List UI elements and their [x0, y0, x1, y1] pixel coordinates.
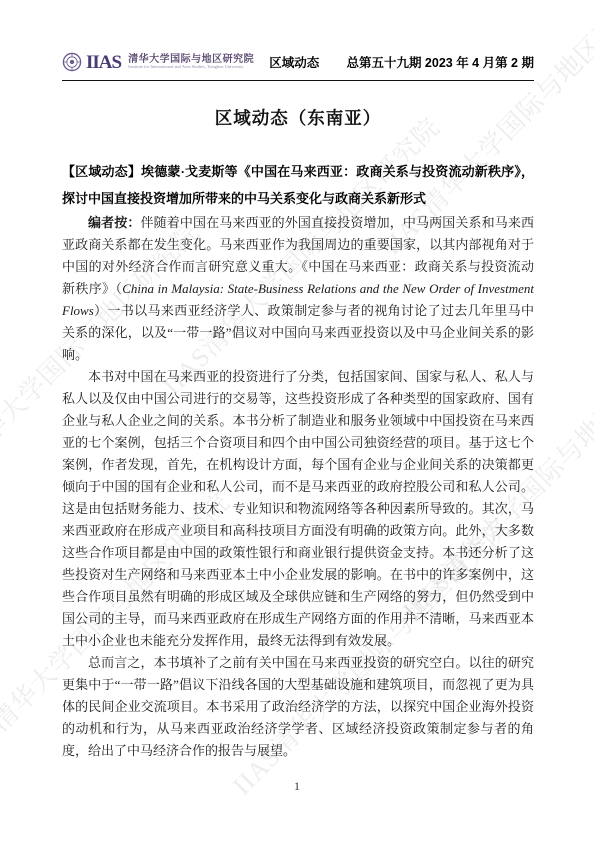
article-body: 【区域动态】埃德蒙·戈麦斯等《中国在马来西亚：政商关系与投资流动新秩序》，探讨中… [62, 158, 534, 762]
body-paragraph: 本书对中国在马来西亚的投资进行了分类，包括国家间、国家与私人、私人与私人以及仅由… [62, 366, 534, 652]
header-issue-info: 总第五十九期 2023 年 4 月第 2 期 [346, 53, 534, 71]
iias-logo: IIAS 清华大学国际与地区研究院 Institute for Internat… [62, 52, 242, 72]
header-rule [62, 80, 534, 81]
logo-en-name: Institute for International and Area Stu… [128, 65, 254, 70]
page-number: 1 [0, 779, 594, 794]
article-headline: 【区域动态】埃德蒙·戈麦斯等《中国在马来西亚：政商关系与投资流动新秩序》，探讨中… [62, 158, 534, 212]
body-paragraph: 总而言之，本书填补了之前有关中国在马来西亚投资的研究空白。以往的研究更集中于“一… [62, 652, 534, 762]
logo-names: 清华大学国际与地区研究院 Institute for International… [128, 54, 254, 70]
header-section-label: 区域动态 [242, 53, 346, 71]
page-title: 区域动态（东南亚） [62, 105, 534, 130]
document-page: IIAS清华大学国际与地区研究院IIAS清华大学国际与地区研究院IIAS清华大学… [0, 0, 594, 842]
page-header: IIAS 清华大学国际与地区研究院 Institute for Internat… [62, 46, 534, 78]
logo-acronym: IIAS [86, 53, 121, 72]
editor-note-text-after: ）一书以马来西亚经济学人、政策制定参与者的视角讨论了过去几年里马中关系的深化，以… [62, 303, 534, 362]
editor-note-label: 编者按： [88, 215, 140, 230]
editor-note-paragraph: 编者按：伴随着中国在马来西亚的外国直接投资增加，中马两国关系和马来西亚政商关系都… [62, 212, 534, 366]
page-content: IIAS 清华大学国际与地区研究院 Institute for Internat… [0, 0, 594, 762]
iias-seal-icon [62, 52, 82, 72]
